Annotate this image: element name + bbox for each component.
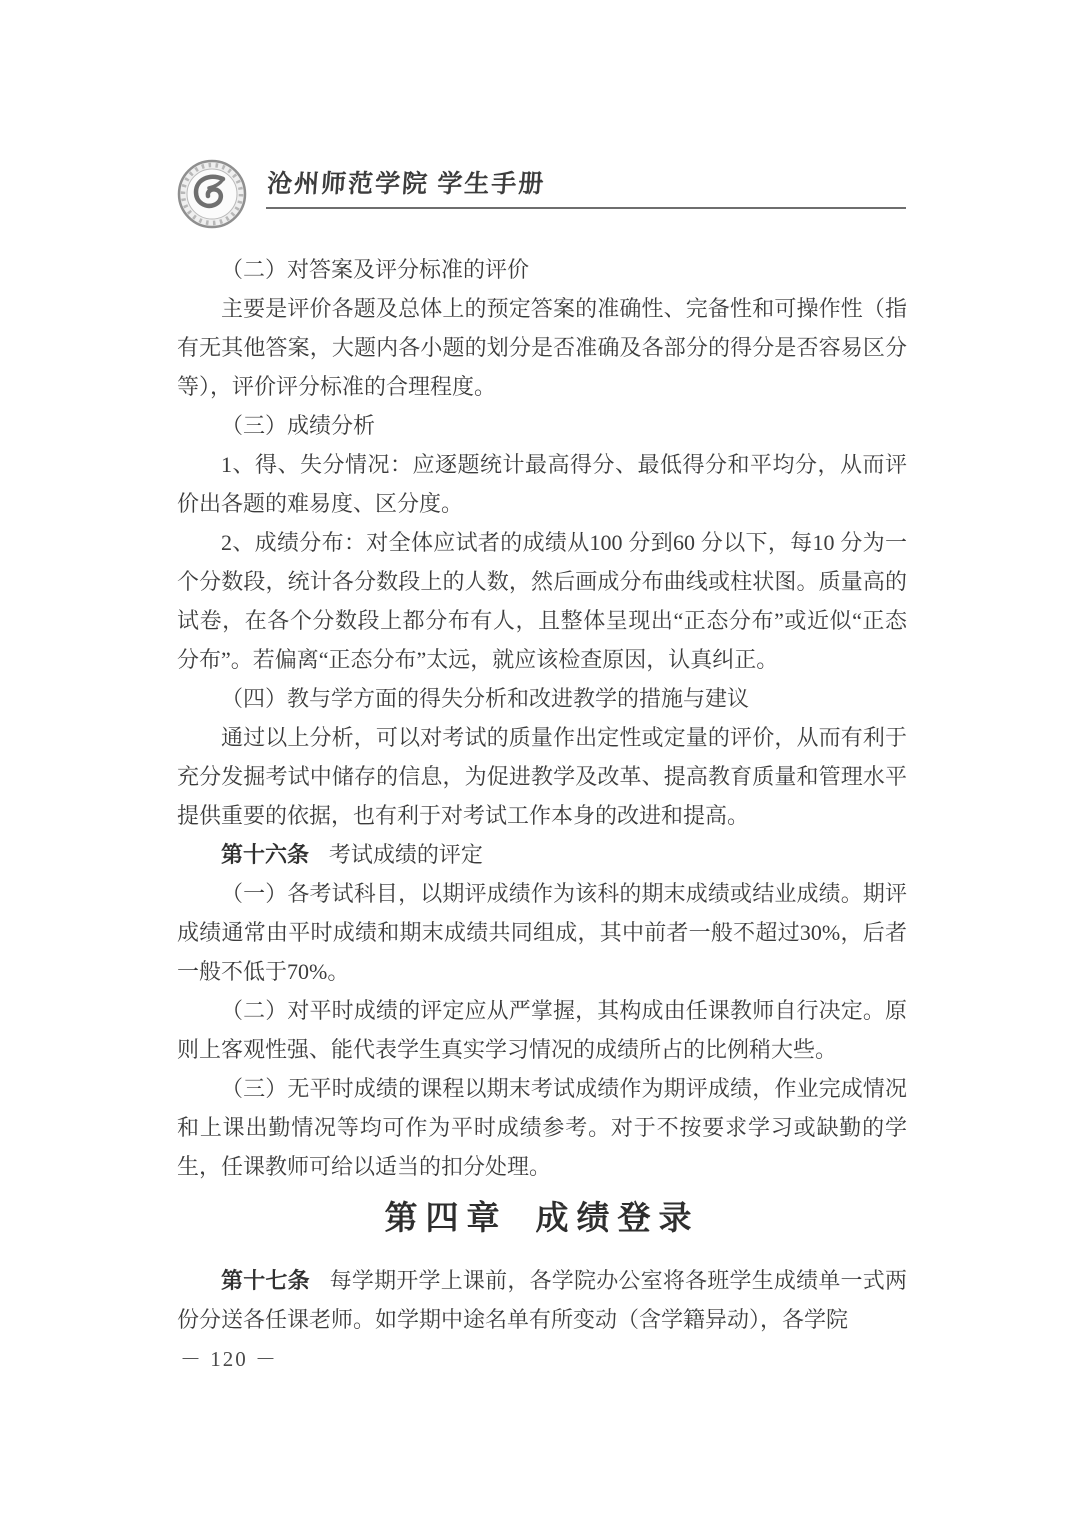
body-paragraph: 主要是评价各题及总体上的预定答案的准确性、完备性和可操作性（指有无其他答案，大题…: [177, 289, 907, 406]
university-seal-icon: [176, 158, 248, 230]
body-paragraph: 1、得、失分情况：应逐题统计最高得分、最低得分和平均分，从而评价出各题的难易度、…: [177, 445, 907, 523]
body-paragraph: （四）教与学方面的得失分析和改进教学的措施与建议: [177, 679, 907, 718]
body-paragraph: （二）对答案及评分标准的评价: [177, 250, 907, 289]
body-paragraph: （三）无平时成绩的课程以期末考试成绩作为期评成绩，作业完成情况和上课出勤情况等均…: [177, 1069, 907, 1186]
chapter-title: 成绩登录: [536, 1201, 700, 1237]
body-paragraph-article-16: 第十六条考试成绩的评定: [177, 835, 907, 874]
chapter-number: 第四章: [385, 1201, 508, 1237]
body-paragraph-article-17: 第十七条每学期开学上课前，各学院办公室将各班学生成绩单一式两份分送各任课老师。如…: [177, 1261, 907, 1339]
page-number: － 120 －: [180, 1343, 1080, 1373]
article-number-label: 第十六条: [221, 842, 309, 867]
page-header: 沧州师范学院 学生手册: [176, 158, 906, 230]
header-right: 沧州师范学院 学生手册: [266, 158, 906, 217]
header-divider: [266, 207, 906, 209]
body-paragraph: （一）各考试科目，以期评成绩作为该科的期末成绩或结业成绩。期评成绩通常由平时成绩…: [177, 874, 907, 991]
body-paragraph: 通过以上分析，可以对考试的质量作出定性或定量的评价，从而有利于充分发掘考试中储存…: [177, 718, 907, 835]
chapter-heading: 第四章成绩登录: [177, 1200, 907, 1239]
handbook-page: 沧州师范学院 学生手册 （二）对答案及评分标准的评价 主要是评价各题及总体上的预…: [0, 0, 1080, 1528]
body-paragraph: （三）成绩分析: [177, 406, 907, 445]
article-title-text: 考试成绩的评定: [329, 842, 483, 867]
article-number-label: 第十七条: [221, 1268, 310, 1293]
handbook-title: 沧州师范学院 学生手册: [266, 170, 908, 200]
body-paragraph: 2、成绩分布：对全体应试者的成绩从100 分到60 分以下，每10 分为一个分数…: [177, 523, 907, 679]
document-body: （二）对答案及评分标准的评价 主要是评价各题及总体上的预定答案的准确性、完备性和…: [177, 250, 907, 1339]
body-paragraph: （二）对平时成绩的评定应从严掌握，其构成由任课教师自行决定。原则上客观性强、能代…: [177, 991, 907, 1069]
